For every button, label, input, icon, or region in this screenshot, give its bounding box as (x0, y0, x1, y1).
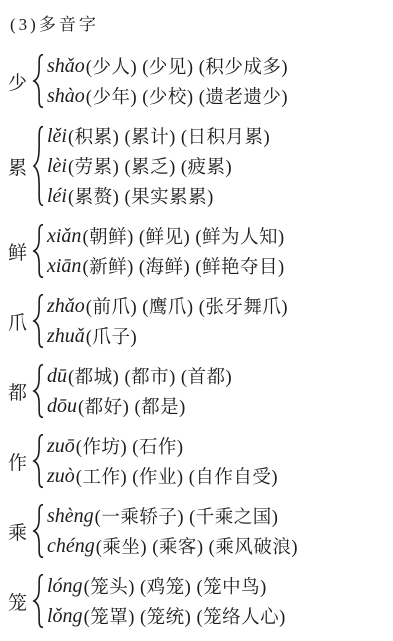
brace-icon (32, 124, 45, 208)
pronunciation-lines: dū (都城) (都市) (首都) dōu (都好) (都是) (47, 361, 232, 421)
entry-shao: 少 shǎo (少人) (少见) (积少成多) shào (少年) (少校) (… (8, 51, 389, 111)
pinyin: lěi (47, 125, 67, 148)
pronunciation-line: léi (累赘) (果实累累) (47, 181, 270, 211)
example-words: (新鲜) (海鲜) (鲜艳夺目) (82, 253, 284, 279)
head-character: 累 (8, 153, 32, 180)
pronunciation-line: chéng (乘坐) (乘客) (乘风破浪) (47, 531, 298, 561)
head-character: 乘 (8, 518, 32, 545)
brace-icon (32, 223, 45, 279)
pinyin: dū (47, 365, 67, 388)
entry-cheng: 乘 shèng (一乘轿子) (千乘之国) chéng (乘坐) (乘客) (乘… (8, 501, 389, 561)
example-words: (笼罩) (笼统) (笼络人心) (84, 603, 286, 629)
head-character: 少 (8, 68, 32, 95)
entry-long: 笼 lóng (笼头) (鸡笼) (笼中鸟) lǒng (笼罩) (笼统) (笼… (8, 571, 389, 631)
head-character: 作 (8, 448, 32, 475)
pronunciation-line: lěi (积累) (累计) (日积月累) (47, 121, 270, 151)
pronunciation-lines: shèng (一乘轿子) (千乘之国) chéng (乘坐) (乘客) (乘风破… (47, 501, 298, 561)
entry-zuo: 作 zuō (作坊) (石作) zuò (工作) (作业) (自作自受) (8, 431, 389, 491)
pinyin: zuō (47, 435, 75, 458)
pinyin: chéng (47, 535, 95, 558)
example-words: (乘坐) (乘客) (乘风破浪) (96, 533, 298, 559)
example-words: (积累) (累计) (日积月累) (68, 123, 270, 149)
pronunciation-lines: lóng (笼头) (鸡笼) (笼中鸟) lǒng (笼罩) (笼统) (笼络人… (47, 571, 286, 631)
entry-xian: 鲜 xiǎn (朝鲜) (鲜见) (鲜为人知) xiān (新鲜) (海鲜) (… (8, 221, 389, 281)
pinyin: dōu (47, 395, 77, 418)
example-words: (作坊) (石作) (76, 433, 184, 459)
pinyin: zhuǎ (47, 325, 85, 348)
pinyin: shào (47, 85, 85, 108)
example-words: (工作) (作业) (自作自受) (76, 463, 278, 489)
example-words: (爪子) (86, 323, 137, 349)
pronunciation-line: dū (都城) (都市) (首都) (47, 361, 232, 391)
brace-icon (32, 363, 45, 419)
pinyin: zuò (47, 465, 75, 488)
pronunciation-lines: shǎo (少人) (少见) (积少成多) shào (少年) (少校) (遗老… (47, 51, 288, 111)
pronunciation-lines: zuō (作坊) (石作) zuò (工作) (作业) (自作自受) (47, 431, 278, 491)
pronunciation-line: lóng (笼头) (鸡笼) (笼中鸟) (47, 571, 286, 601)
pronunciation-line: lǒng (笼罩) (笼统) (笼络人心) (47, 601, 286, 631)
pronunciation-lines: zhǎo (前爪) (鹰爪) (张牙舞爪) zhuǎ (爪子) (47, 291, 288, 351)
pinyin: xiān (47, 255, 81, 278)
entry-zhao: 爪 zhǎo (前爪) (鹰爪) (张牙舞爪) zhuǎ (爪子) (8, 291, 389, 351)
pronunciation-line: lèi (劳累) (累乏) (疲累) (47, 151, 270, 181)
pinyin: lóng (47, 575, 83, 598)
pinyin: lèi (47, 155, 67, 178)
pronunciation-line: shào (少年) (少校) (遗老遗少) (47, 81, 288, 111)
head-character: 鲜 (8, 238, 32, 265)
example-words: (少人) (少见) (积少成多) (86, 53, 288, 79)
pinyin: lǒng (47, 605, 83, 628)
example-words: (笼头) (鸡笼) (笼中鸟) (84, 573, 267, 599)
pronunciation-lines: xiǎn (朝鲜) (鲜见) (鲜为人知) xiān (新鲜) (海鲜) (鲜艳… (47, 221, 285, 281)
pinyin: shèng (47, 505, 94, 528)
example-words: (都好) (都是) (78, 393, 186, 419)
example-words: (少年) (少校) (遗老遗少) (86, 83, 288, 109)
example-words: (前爪) (鹰爪) (张牙舞爪) (86, 293, 288, 319)
head-character: 笼 (8, 588, 32, 615)
brace-icon (32, 503, 45, 559)
entry-lei: 累 lěi (积累) (累计) (日积月累) lèi (劳累) (累乏) (疲累… (8, 121, 389, 211)
pronunciation-line: shǎo (少人) (少见) (积少成多) (47, 51, 288, 81)
pronunciation-line: zuō (作坊) (石作) (47, 431, 278, 461)
brace-icon (32, 573, 45, 629)
example-words: (劳累) (累乏) (疲累) (68, 153, 232, 179)
head-character: 爪 (8, 308, 32, 335)
pronunciation-line: dōu (都好) (都是) (47, 391, 232, 421)
entry-du: 都 dū (都城) (都市) (首都) dōu (都好) (都是) (8, 361, 389, 421)
pronunciation-line: xiān (新鲜) (海鲜) (鲜艳夺目) (47, 251, 285, 281)
section-title: (3)多音字 (10, 10, 389, 35)
pronunciation-line: xiǎn (朝鲜) (鲜见) (鲜为人知) (47, 221, 285, 251)
example-words: (累赘) (果实累累) (68, 183, 214, 209)
pronunciation-line: zhǎo (前爪) (鹰爪) (张牙舞爪) (47, 291, 288, 321)
pronunciation-line: shèng (一乘轿子) (千乘之国) (47, 501, 298, 531)
pinyin: shǎo (47, 55, 85, 78)
brace-icon (32, 433, 45, 489)
pronunciation-line: zuò (工作) (作业) (自作自受) (47, 461, 278, 491)
pinyin: zhǎo (47, 295, 85, 318)
pronunciation-lines: lěi (积累) (累计) (日积月累) lèi (劳累) (累乏) (疲累) … (47, 121, 270, 211)
pinyin: xiǎn (47, 225, 81, 248)
pronunciation-line: zhuǎ (爪子) (47, 321, 288, 351)
pinyin: léi (47, 185, 67, 208)
example-words: (朝鲜) (鲜见) (鲜为人知) (82, 223, 284, 249)
brace-icon (32, 293, 45, 349)
polyphone-document: (3)多音字 少 shǎo (少人) (少见) (积少成多) shào (少年)… (0, 0, 393, 631)
example-words: (一乘轿子) (千乘之国) (95, 503, 279, 529)
example-words: (都城) (都市) (首都) (68, 363, 232, 389)
brace-icon (32, 53, 45, 109)
head-character: 都 (8, 378, 32, 405)
